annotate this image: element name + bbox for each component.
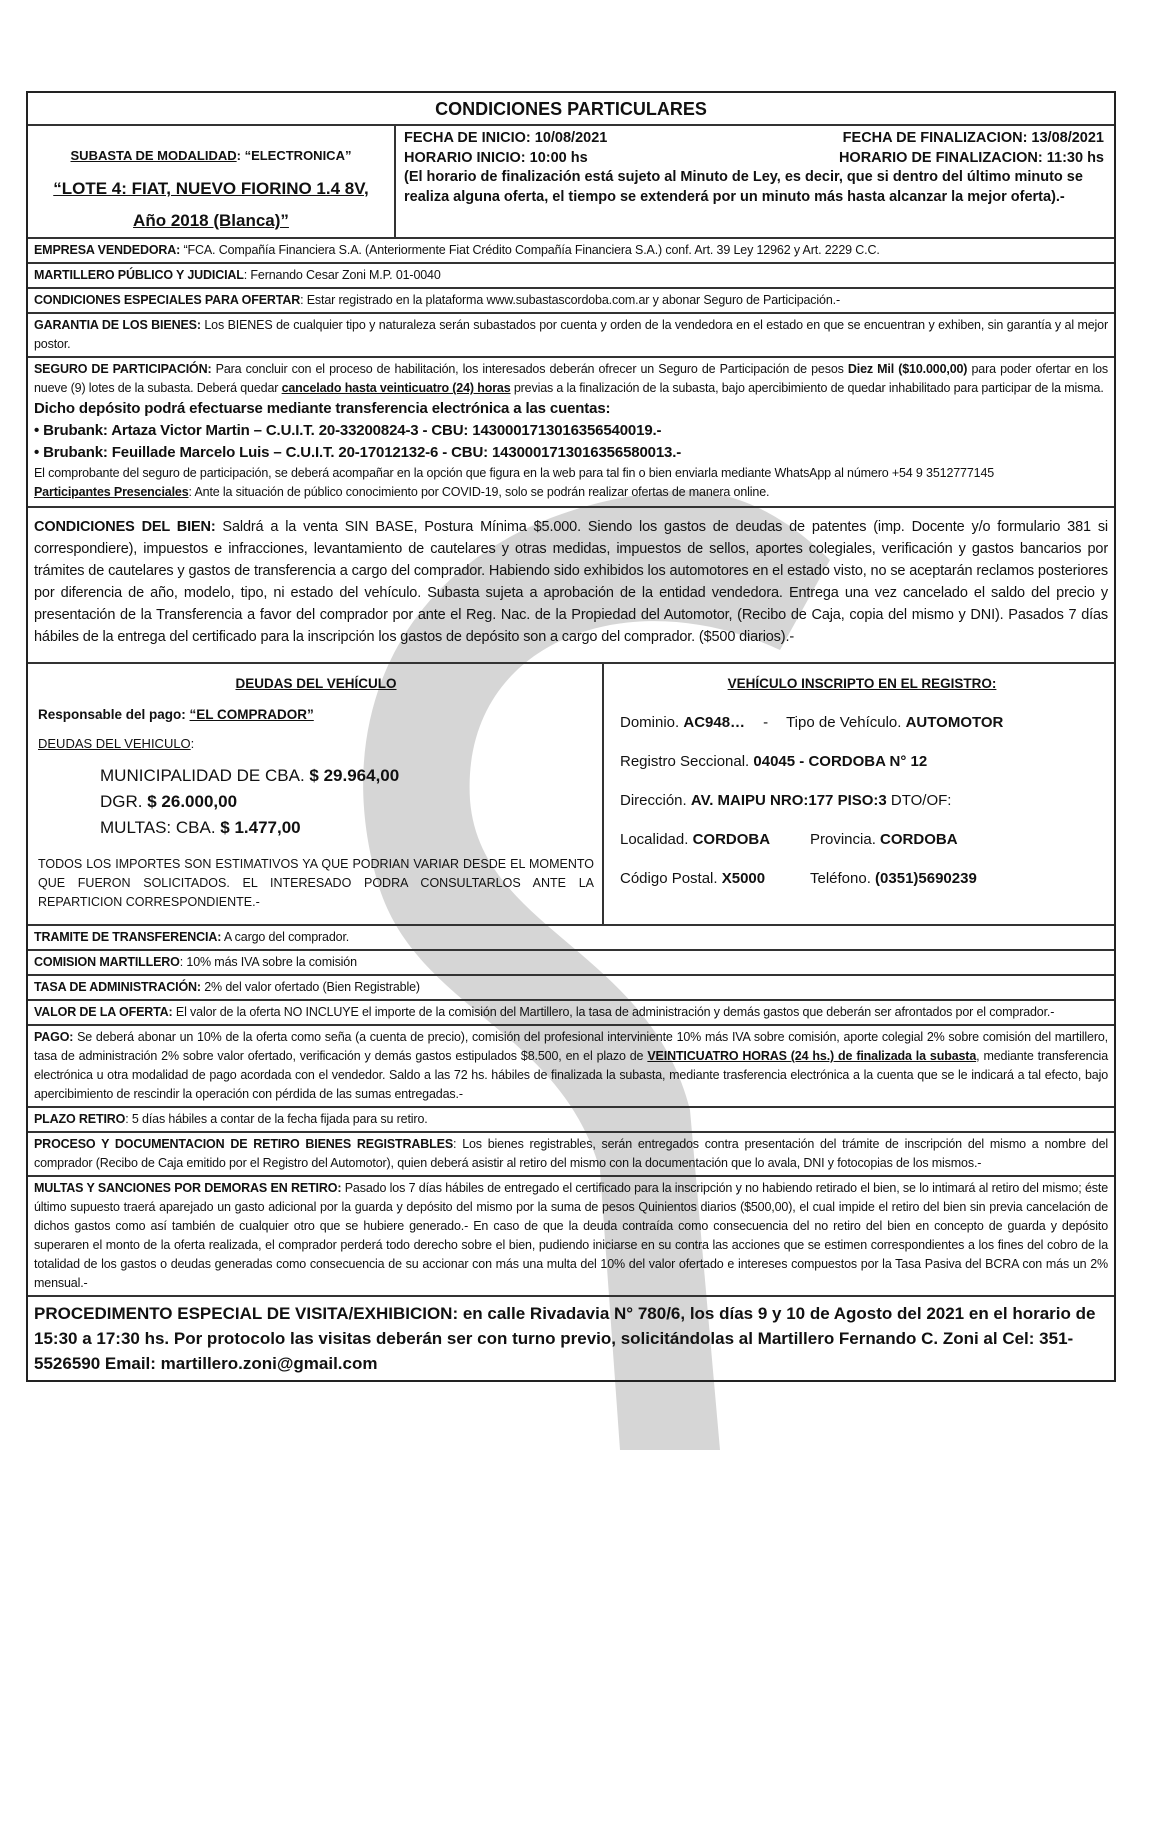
modality-value: : “ELECTRONICA” bbox=[237, 148, 352, 163]
transfer-procedure: TRAMITE DE TRANSFERENCIA: A cargo del co… bbox=[28, 926, 1114, 951]
end-time: HORARIO DE FINALIZACION: 11:30 hs bbox=[839, 149, 1104, 169]
in-person-participants: Participantes Presenciales: Ante la situ… bbox=[34, 483, 1108, 502]
debt-item: MUNICIPALIDAD DE CBA. $ 29.964,00 bbox=[100, 763, 594, 789]
offer-value: VALOR DE LA OFERTA: El valor de la ofert… bbox=[28, 1001, 1114, 1026]
deposit-heading: Dicho depósito podrá efectuarse mediante… bbox=[34, 398, 1108, 420]
lot-summary: SUBASTA DE MODALIDAD: “ELECTRONICA” “LOT… bbox=[28, 126, 396, 237]
goods-guarantee: GARANTIA DE LOS BIENES: Los BIENES de cu… bbox=[28, 314, 1114, 358]
debt-list: MUNICIPALIDAD DE CBA. $ 29.964,00 DGR. $… bbox=[38, 763, 594, 841]
pickup-deadline: PLAZO RETIRO: 5 días hábiles a contar de… bbox=[28, 1108, 1114, 1133]
bank-account-1: • Brubank: Artaza Victor Martin – C.U.I.… bbox=[34, 420, 1108, 442]
end-date: FECHA DE FINALIZACION: 13/08/2021 bbox=[843, 129, 1104, 149]
late-pickup-penalties: MULTAS Y SANCIONES POR DEMORAS EN RETIRO… bbox=[28, 1177, 1114, 1297]
auction-schedule: FECHA DE INICIO: 10/08/2021FECHA DE FINA… bbox=[396, 126, 1114, 237]
conditions-document: CONDICIONES PARTICULARES SUBASTA DE MODA… bbox=[26, 91, 1116, 1382]
start-time: HORARIO INICIO: 10:00 hs bbox=[404, 149, 588, 169]
modality-label: SUBASTA DE MODALIDAD bbox=[71, 148, 237, 163]
visit-procedure: PROCEDIMENTO ESPECIAL DE VISITA/EXHIBICI… bbox=[28, 1297, 1114, 1380]
pickup-process: PROCESO Y DOCUMENTACION DE RETIRO BIENES… bbox=[28, 1133, 1114, 1177]
lot-title-line1: “LOTE 4: FIAT, NUEVO FIORINO 1.4 8V, bbox=[28, 173, 394, 205]
auction-header: SUBASTA DE MODALIDAD: “ELECTRONICA” “LOT… bbox=[28, 126, 1114, 239]
administration-fee: TASA DE ADMINISTRACIÓN: 2% del valor ofe… bbox=[28, 976, 1114, 1001]
seller-company: EMPRESA VENDEDORA: “FCA. Compañía Financ… bbox=[28, 239, 1114, 264]
goods-conditions: CONDICIONES DEL BIEN: Saldrá a la venta … bbox=[28, 508, 1114, 664]
debt-note: TODOS LOS IMPORTES SON ESTIMATIVOS YA QU… bbox=[38, 855, 594, 912]
vehicle-debts: DEUDAS DEL VEHÍCULO Responsable del pago… bbox=[28, 664, 604, 924]
bank-account-2: • Brubank: Feuillade Marcelo Luis – C.U.… bbox=[34, 442, 1108, 464]
minute-rule: (El horario de finalización está sujeto … bbox=[404, 168, 1104, 207]
document-title: CONDICIONES PARTICULARES bbox=[28, 93, 1114, 126]
start-date: FECHA DE INICIO: 10/08/2021 bbox=[404, 129, 607, 149]
vehicle-info: DEUDAS DEL VEHÍCULO Responsable del pago… bbox=[28, 664, 1114, 926]
lot-title-line2: Año 2018 (Blanca)” bbox=[28, 205, 394, 237]
vehicle-registry: VEHÍCULO INSCRIPTO EN EL REGISTRO: Domin… bbox=[604, 664, 1114, 924]
auctioneer-commission: COMISION MARTILLERO: 10% más IVA sobre l… bbox=[28, 951, 1114, 976]
special-conditions: CONDICIONES ESPECIALES PARA OFERTAR: Est… bbox=[28, 289, 1114, 314]
debt-item: DGR. $ 26.000,00 bbox=[100, 789, 594, 815]
payment-terms: PAGO: Se deberá abonar un 10% de la ofer… bbox=[28, 1026, 1114, 1108]
auctioneer: MARTILLERO PÚBLICO Y JUDICIAL: Fernando … bbox=[28, 264, 1114, 289]
participation-insurance: SEGURO DE PARTICIPACIÓN: Para concluir c… bbox=[28, 358, 1114, 508]
debt-item: MULTAS: CBA. $ 1.477,00 bbox=[100, 815, 594, 841]
receipt-instructions: El comprobante del seguro de participaci… bbox=[34, 464, 1108, 483]
